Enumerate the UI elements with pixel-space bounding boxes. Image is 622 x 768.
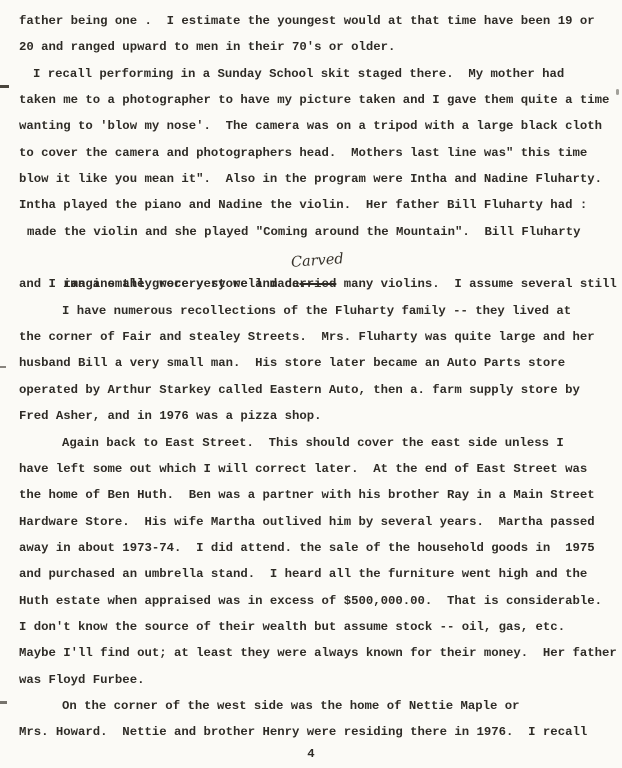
text-line: Mrs. Howard. Nettie and brother Henry we… — [19, 719, 622, 745]
text-line: Hardware Store. His wife Martha outlived… — [19, 509, 622, 535]
typewritten-document-page: father being one . I estimate the younge… — [0, 0, 622, 768]
text-line: father being one . I estimate the younge… — [19, 8, 622, 34]
text-line: made the violin and she played "Coming a… — [19, 219, 622, 245]
text-line: I don't know the source of their wealth … — [19, 614, 622, 640]
struck-out-word: rried — [299, 277, 336, 291]
text-line: husband Bill a very small man. His store… — [19, 350, 622, 376]
stray-ink-mark — [0, 366, 6, 368]
text-line: wanting to 'blow my nose'. The camera wa… — [19, 113, 622, 139]
text-line: On the corner of the west side was the h… — [19, 693, 622, 719]
text-line: was Floyd Furbee. — [19, 667, 622, 693]
text-line: 20 and ranged upward to men in their 70'… — [19, 34, 622, 60]
text-line: the home of Ben Huth. Ben was a partner … — [19, 482, 622, 508]
text-line: blow it like you mean it". Also in the p… — [19, 166, 622, 192]
text-line: Fred Asher, and in 1976 was a pizza shop… — [19, 403, 622, 429]
text-line: Intha played the piano and Nadine the vi… — [19, 192, 622, 218]
text-line: operated by Arthur Starkey called Easter… — [19, 377, 622, 403]
text-line: Again back to East Street. This should c… — [19, 430, 622, 456]
handwritten-correction: Carved — [291, 253, 345, 271]
text-line: taken me to a photographer to have my pi… — [19, 87, 622, 113]
stray-ink-mark — [0, 85, 9, 88]
text-line: Maybe I'll find out; at least they were … — [19, 640, 622, 666]
corrected-word: rriedCarved — [299, 271, 336, 297]
text-line: to cover the camera and photographers he… — [19, 140, 622, 166]
text-line: and purchased an umbrella stand. I heard… — [19, 561, 622, 587]
text-line: I have numerous recollections of the Flu… — [19, 298, 622, 324]
stray-ink-mark — [0, 701, 7, 704]
text-line: Huth estate when appraised was in excess… — [19, 588, 622, 614]
text-line: I recall performing in a Sunday School s… — [19, 61, 622, 87]
text-line: the corner of Fair and stealey Streets. … — [19, 324, 622, 350]
document-body: father being one . I estimate the younge… — [19, 8, 622, 746]
text-line-with-correction: ran a small grocery store and carriedCar… — [19, 245, 622, 271]
text-line: have left some out which I will correct … — [19, 456, 622, 482]
correction-after-text: many violins. I assume several still exi… — [336, 277, 622, 291]
page-number: 4 — [0, 746, 622, 762]
text-line: away in about 1973-74. I did attend. the… — [19, 535, 622, 561]
